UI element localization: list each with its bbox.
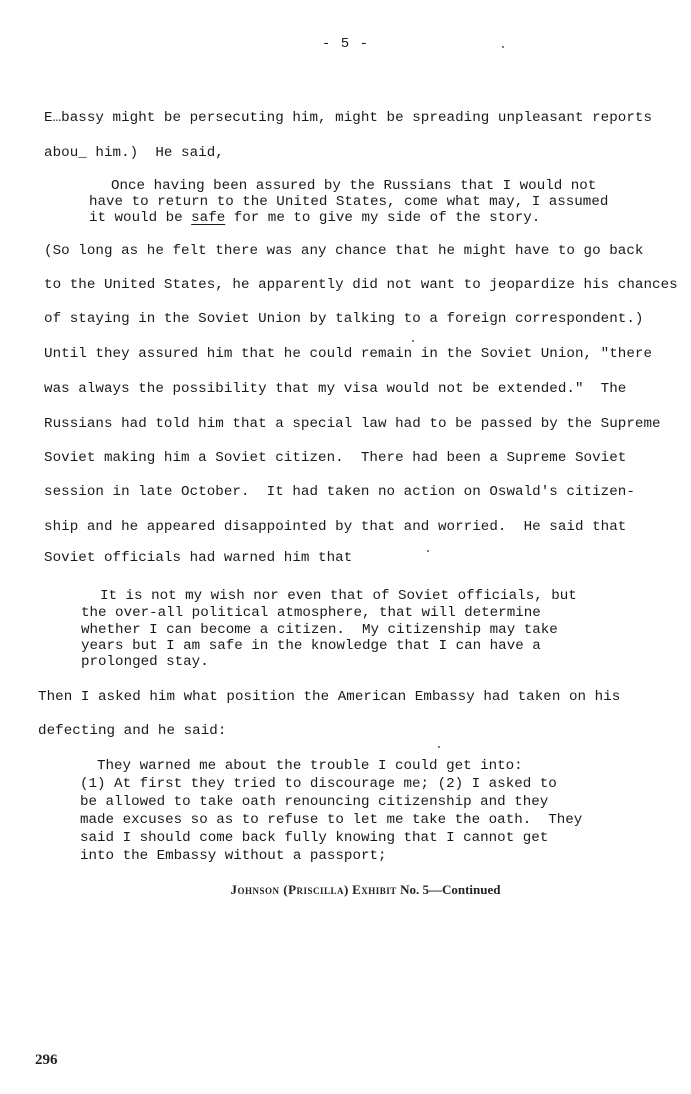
body-line: Then I asked him what position the Ameri… [38,689,620,705]
body-line: Soviet making him a Soviet citizen. Ther… [44,450,626,466]
quote-line: be allowed to take oath renouncing citiz… [80,794,548,810]
caption-name: Johnson (Priscilla) [231,882,349,897]
body-line: defecting and he said: [38,723,226,739]
page-number: 296 [35,1052,58,1069]
quote-line: whether I can become a citizen. My citiz… [81,622,558,638]
body-line: Until they assured him that he could rem… [44,346,652,362]
quote-text: for me to give my side of the story. [225,210,540,226]
scan-speck [412,340,414,342]
quote-line: have to return to the United States, com… [89,194,608,210]
exhibit-caption: Johnson (Priscilla) Exhibit No. 5—Contin… [0,882,691,898]
body-line: abou_ him.) He said, [44,145,224,161]
body-line: was always the possibility that my visa … [44,381,626,397]
scan-speck [438,746,440,748]
body-line: session in late October. It had taken no… [44,484,635,500]
quote-line: it would be safe for me to give my side … [89,210,540,226]
quote-line: prolonged stay. [81,654,209,670]
quote-text: it would be [89,210,191,226]
quote-line: made excuses so as to refuse to let me t… [80,812,582,828]
quote-line: They warned me about the trouble I could… [97,758,523,774]
quote-line: (1) At first they tried to discourage me… [80,776,557,792]
emphasized-word: safe [191,210,225,226]
quote-line: into the Embassy without a passport; [80,848,387,864]
scan-speck [502,46,504,48]
scan-speck [427,550,429,552]
body-line: to the United States, he apparently did … [44,277,678,293]
quote-line: It is not my wish nor even that of Sovie… [100,588,577,604]
body-line: Soviet officials had warned him that [44,550,352,566]
body-line: ship and he appeared disappointed by tha… [44,519,626,535]
page-marker: - 5 - [0,36,691,52]
caption-exhibit: Exhibit [352,882,397,897]
body-line: (So long as he felt there was any chance… [44,243,643,259]
quote-line: Once having been assured by the Russians… [111,178,596,194]
quote-line: said I should come back fully knowing th… [80,830,548,846]
body-line: of staying in the Soviet Union by talkin… [44,311,643,327]
quote-line: the over-all political atmosphere, that … [81,605,541,621]
body-line: Russians had told him that a special law… [44,416,661,432]
caption-number: No. 5—Continued [400,882,500,897]
body-line: E…bassy might be persecuting him, might … [44,110,652,126]
quote-line: years but I am safe in the knowledge tha… [81,638,541,654]
